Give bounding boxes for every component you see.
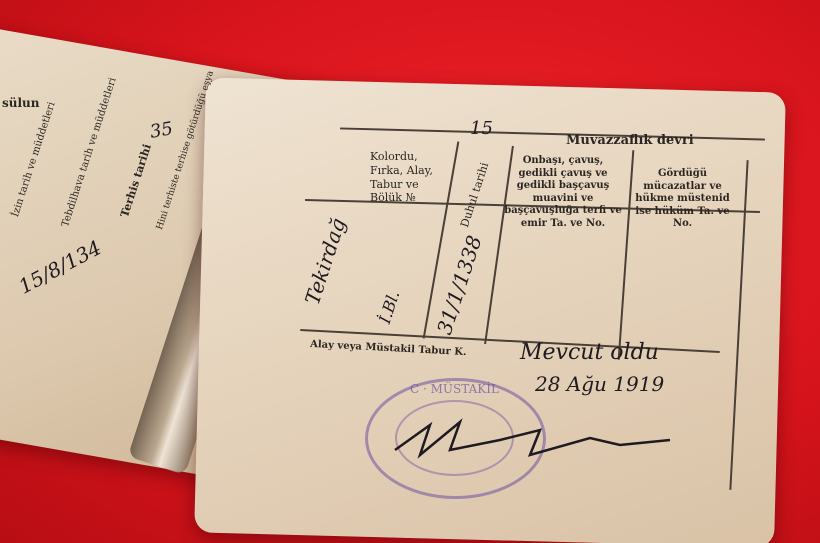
left-header: sülun [2,96,40,111]
handwritten-remark: Mevcut oldu [520,340,659,365]
signature-scribble [390,410,690,480]
photo-scene: sülun İzin tarih ve müddetleri Tebdilhav… [0,0,820,543]
left-handwritten-number: 35 [148,118,174,143]
section-title: Muvazzaflık devri [566,133,694,149]
right-handwritten-number: 15 [470,118,493,139]
col-penalties-header: Gördüğü mücazatlar ve hükme müstenid ise… [630,168,735,231]
handwritten-signature-date: 28 Ağu 1919 [535,372,664,396]
col-promotion-header: Onbaşı, çavuş, gedikli çavuş ve gedikli … [502,155,624,230]
stamp-text: C · MÜSTAKİL [410,382,499,396]
col-unit-header: Kolordu, Fırka, Alay, Tabur ve Bölük № [370,150,440,205]
